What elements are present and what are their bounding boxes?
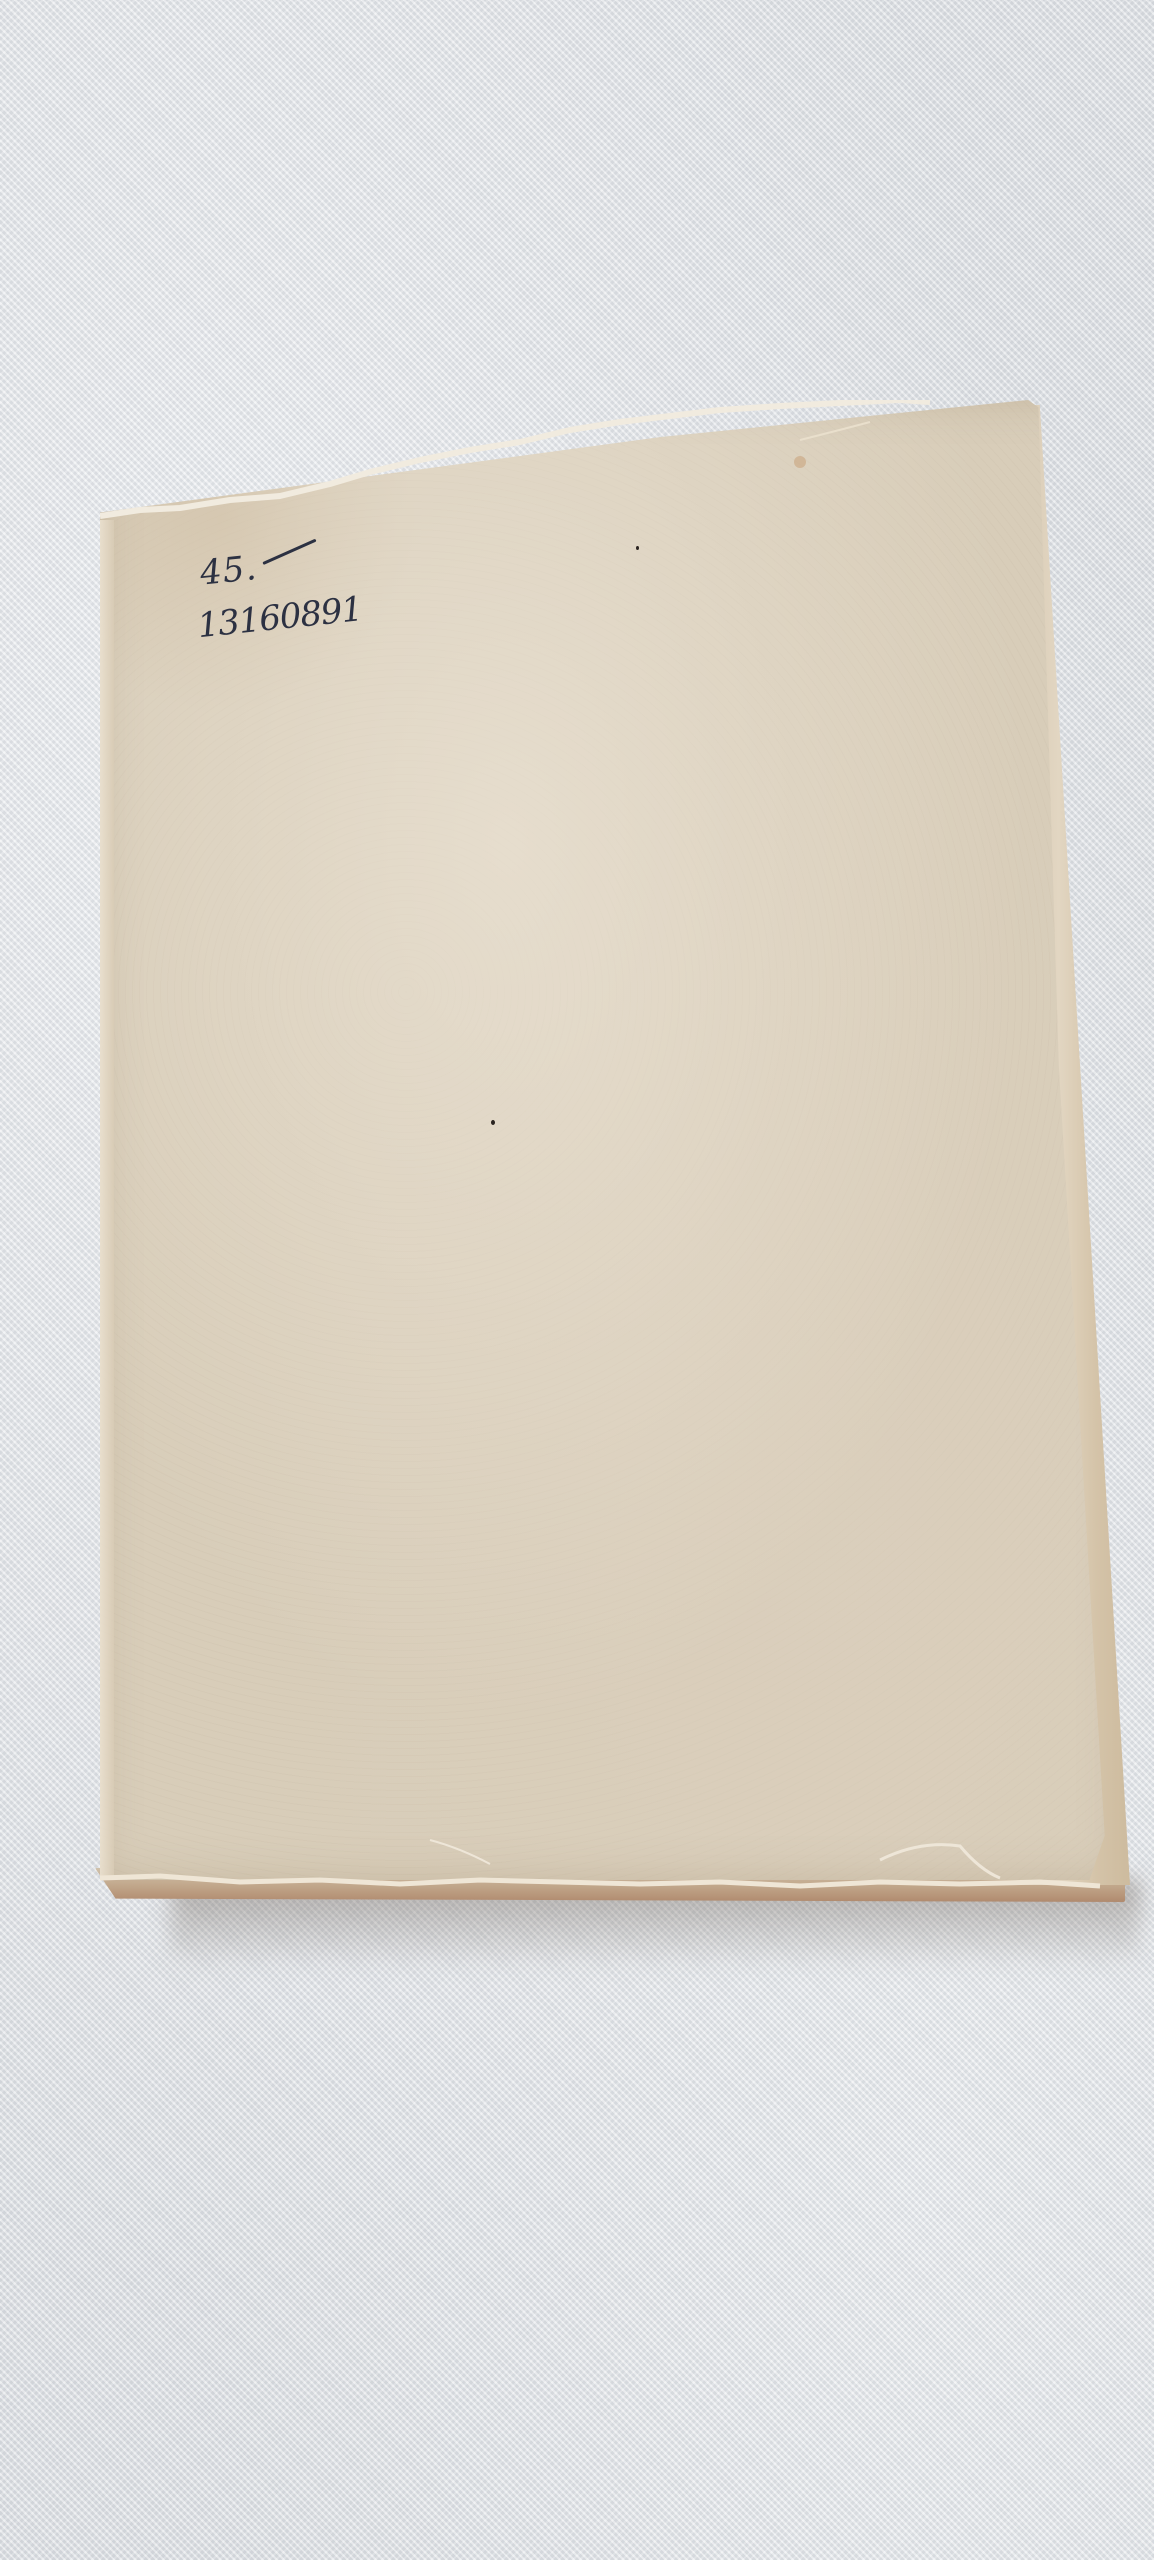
- book-left-edge-wear: [100, 520, 114, 1880]
- ink-speck: [491, 1120, 495, 1125]
- handwritten-price: 45.: [198, 548, 259, 594]
- handwritten-notes: 45. 13160891: [190, 530, 400, 660]
- handwritten-dash: [262, 539, 316, 565]
- ink-speck: [636, 546, 639, 550]
- handwritten-catalog-number: 13160891: [196, 589, 364, 646]
